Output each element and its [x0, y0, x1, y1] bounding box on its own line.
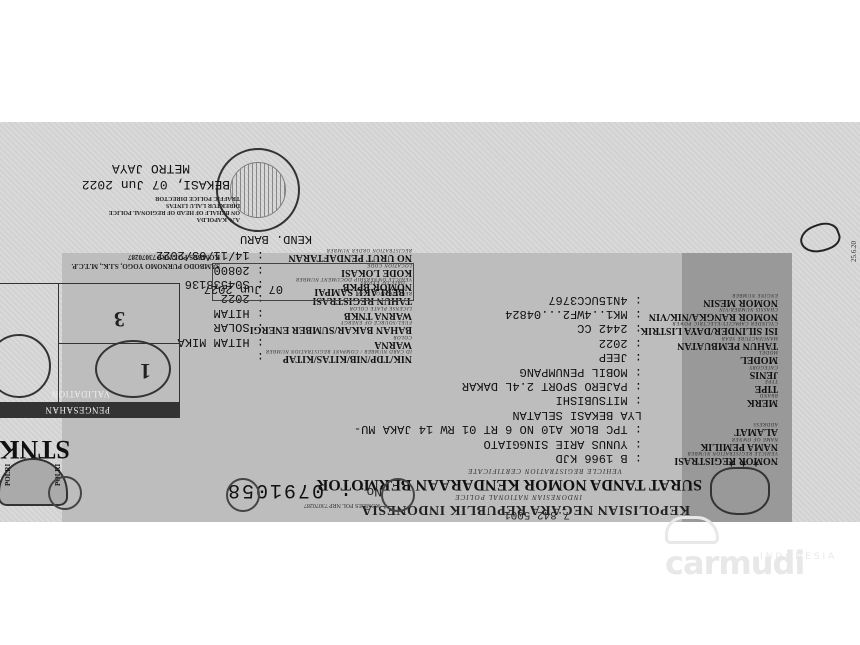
- field-label: NAMA PEMILIKNAME OF OWNER: [638, 436, 778, 450]
- certificate-subtitle: VEHICLE REGISTRATION CERTIFICATE: [467, 467, 622, 475]
- car-logo-icon: [665, 516, 719, 544]
- issuer-title: A.N. KAPOLDA ON BEHALF OF HEAD OF REGION…: [109, 194, 240, 222]
- field-value: : MOBIL PENUMPANG: [354, 364, 642, 378]
- field-label: ALAMATADDRESS: [638, 422, 778, 436]
- field-value: : B 1966 KJD: [354, 451, 642, 465]
- field-label: NIK/TDP/NIB/KITAS/KITAPID CARD NUMBER / …: [262, 349, 412, 363]
- field-label: MERKBRAND: [638, 393, 778, 407]
- validation-stamp-icon: [95, 340, 171, 398]
- institution-subtitle: INDONESIAN NATIONAL POLICE: [454, 493, 582, 501]
- expiry-date: 07 Jun 2027: [204, 282, 283, 296]
- field-value: : PAJERO SPORT 2.4L DAKAR: [354, 379, 642, 393]
- document-photo: KEPOLISIAN NEGARA REPUBLIK INDONESIA IND…: [0, 122, 860, 522]
- field-label: NOMOR MESINENGINE NUMBER: [638, 292, 778, 306]
- validation-stamp-2-icon: [0, 334, 51, 398]
- field-label: NO URUT PENDAFTARANREGISTRATION ORDER NU…: [262, 248, 412, 262]
- validation-number-1: 1: [140, 358, 151, 384]
- field-value: : YUNUS ARIE SINGGIATO: [354, 436, 642, 450]
- issue-place-date: BEKASI, 07 Jun 2022: [82, 176, 230, 192]
- field-label: NOMOR RANGKA/NIK/VINCHASSIS NUMBER/VIN: [638, 307, 778, 321]
- carmudi-watermark: carmudi INDONESIA: [665, 516, 860, 582]
- issuer-block: BEKASI, 07 Jun 2022 METRO JAYA: [82, 160, 230, 192]
- side-date: 25.6.20: [850, 241, 858, 262]
- validation-number-3: 3: [114, 306, 125, 332]
- mini-stamp-icon: [48, 476, 82, 510]
- validation-bar: PENGESAHAN VALIDATION: [0, 402, 180, 418]
- field-value: : TPC BLOK A10 NO 6 RT 01 RW 14 JAKA MU-: [354, 422, 642, 436]
- field-label: TAHUN PEMBUATANMANUFACTURE YEAR: [638, 335, 778, 349]
- field-value: : MITSUBISHI: [354, 393, 642, 407]
- mini-stamp-icon: [226, 478, 260, 512]
- field-label: NOMOR REGISTRASIVEHICLE REGISTRATION NUM…: [638, 451, 778, 465]
- officer-name: SAMBODO PURNOMO YOGO, S.I.K., M.T.C.P. K…: [72, 252, 221, 270]
- field-label: BAHAN BAKAR/SUMBER ENERGIFUEL/SOURCE OF …: [262, 320, 412, 334]
- issuer-region: METRO JAYA: [82, 160, 230, 176]
- mini-stamp-icon: [381, 478, 415, 512]
- field-labels-left: NOMOR REGISTRASIVEHICLE REGISTRATION NUM…: [638, 292, 778, 465]
- document-number-label: No.: [359, 484, 382, 499]
- field-value: LYA BEKASI SELATAN: [354, 407, 642, 421]
- validation-grid: 1 3: [0, 283, 180, 402]
- field-label: WARNA TNKBLICENSE PLATE COLOR: [262, 305, 412, 319]
- vehicle-status: KEND. BARU: [240, 232, 312, 246]
- expiry-box: BERLAKU SAMPAI DATE OF EXPIRY 07 Jun 202…: [212, 263, 414, 301]
- stnk-document: KEPOLISIAN NEGARA REPUBLIK INDONESIA IND…: [0, 122, 860, 522]
- footer-number: 7.842.5001: [504, 508, 570, 520]
- police-emblem-icon: [710, 467, 770, 515]
- field-label: ISI SILINDER/DAYA LISTRIKCYLINDER CAPACI…: [638, 321, 778, 335]
- field-label: MODELMODEL: [638, 350, 778, 364]
- field-label: TIPETYPE: [638, 379, 778, 393]
- handwritten-signature-icon: [796, 218, 843, 258]
- field-label: JENISCATEGORY: [638, 364, 778, 378]
